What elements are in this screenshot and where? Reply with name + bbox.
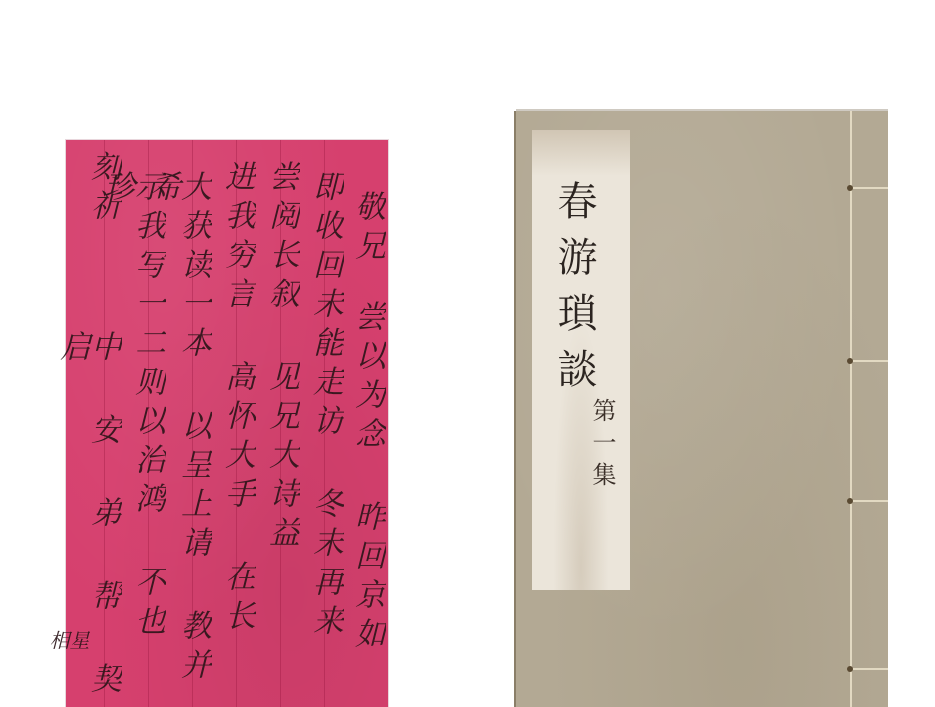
book-title: 春游瑣談 (554, 180, 594, 404)
binding-stitch (850, 187, 888, 189)
letter-column-8: 刻祈 (87, 150, 118, 228)
binding-stitch (850, 500, 888, 502)
letter-column-1: 敬兄 (351, 190, 382, 268)
letter-column-4: 尝阅长叙 见兄大诗益 (265, 160, 296, 555)
letter-column-5: 进我穷言 高怀大手 在长 (221, 160, 252, 638)
book-volume: 第一集 (590, 398, 614, 494)
letter-column-2: 尝以为念 昨回京如 (351, 300, 382, 656)
thread-bound-book-cover: 春游瑣談 第一集 (516, 111, 888, 707)
letter-column-3: 即收回未能走访 冬末再来 (309, 170, 340, 643)
binding-thread-line (850, 111, 852, 707)
binding-stitch (850, 360, 888, 362)
binding-stitch (850, 668, 888, 670)
letter-column-10: 星 相 (48, 630, 88, 707)
red-letter-sheet: 敬兄 尝以为念 昨回京如 即收回未能走访 冬末再来 尝阅长叙 见兄大诗益 进我穷… (66, 140, 388, 707)
title-slip: 春游瑣談 第一集 (532, 130, 630, 590)
